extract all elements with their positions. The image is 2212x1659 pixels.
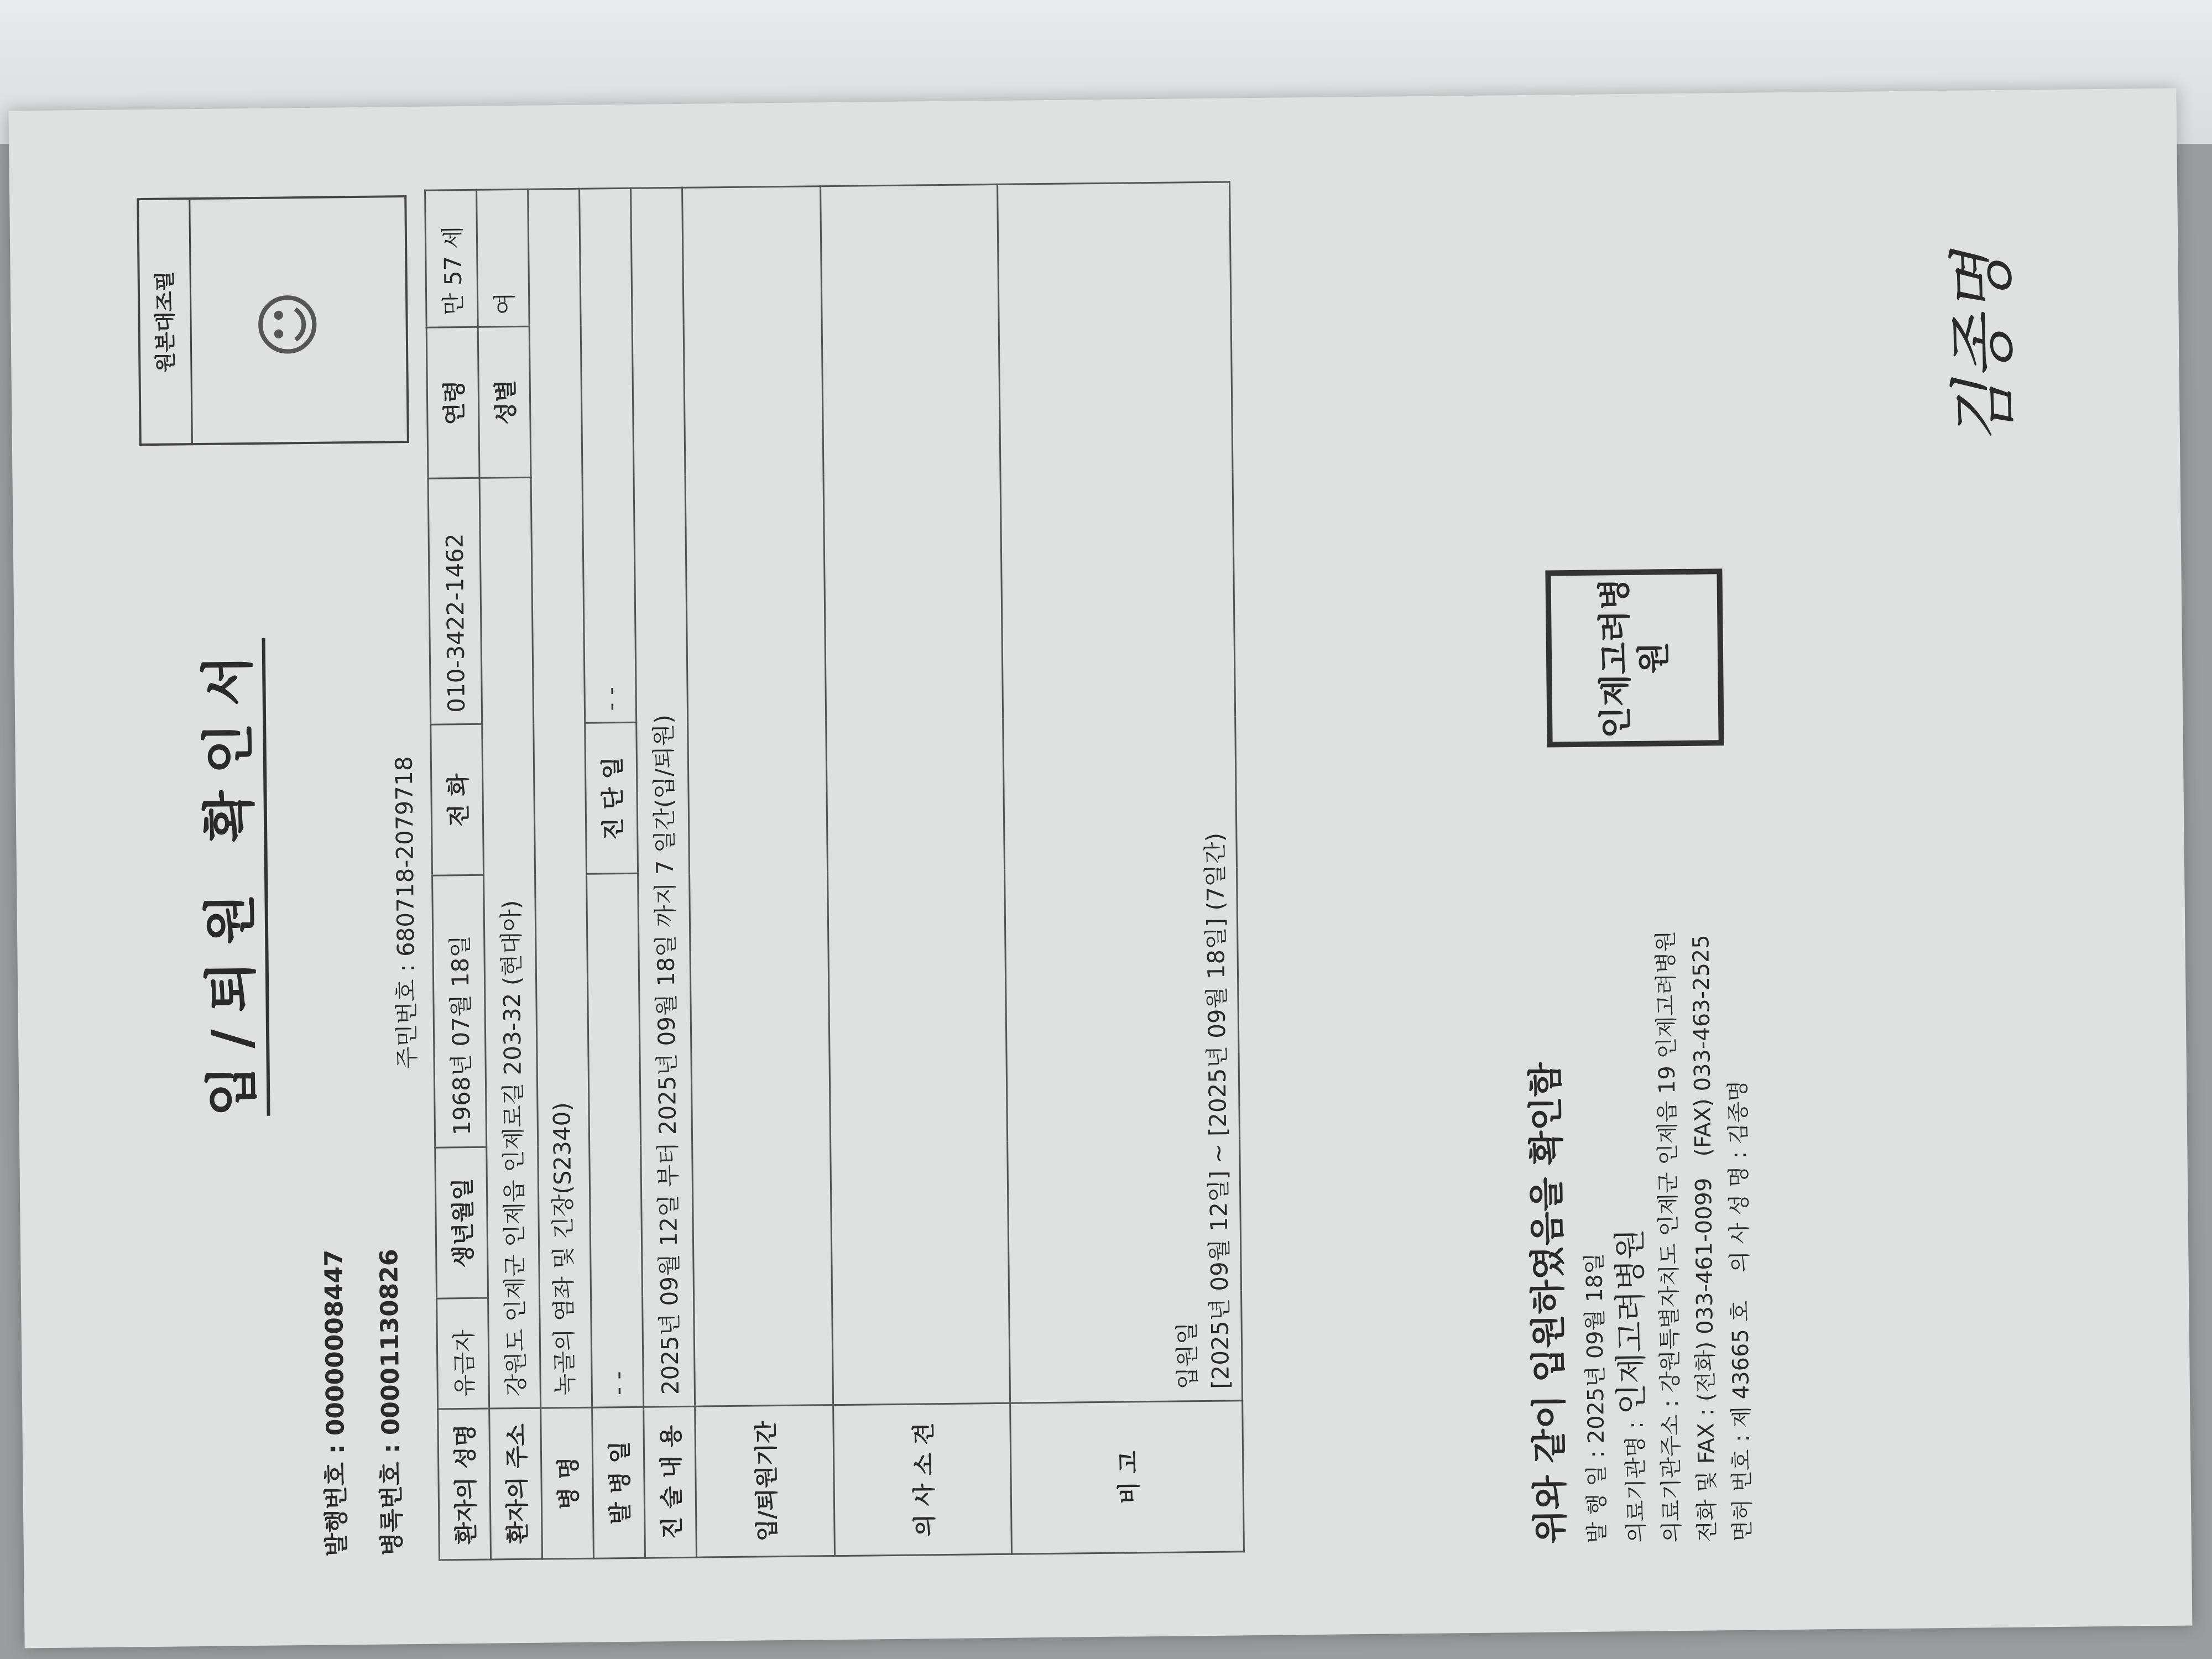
- diagnosis-label: 병 명: [541, 1407, 594, 1559]
- doctor-opinion: [821, 184, 1010, 1405]
- doctor-opinion-label: 의 사 소 견: [833, 1403, 1012, 1556]
- registration-number: 발행번호 : 00000008447: [314, 1249, 352, 1557]
- confirm-heading: 위와 같이 입원하였음을 확인함: [1520, 216, 1569, 1544]
- patient-record-number: 병록번호 : 00001130826: [369, 1249, 408, 1556]
- dob-label: 생년월일: [435, 1147, 488, 1298]
- diagnosis-date-label: 진 단 일: [585, 723, 638, 874]
- document-content: 입/퇴원 확인서 원본대조필 ☺ 발행번호 : 00000008447 병록번호…: [70, 111, 2131, 1626]
- patient-name: 유금자: [437, 1298, 489, 1409]
- admission-period-label: 입/퇴원기간: [695, 1405, 835, 1558]
- photo-box-label: 원본대조필: [139, 200, 193, 444]
- onset-date: - -: [587, 874, 644, 1407]
- hospital-seal: 인제고려병원: [1545, 568, 1724, 747]
- phone-label: 전 화: [431, 724, 484, 876]
- stamp-mark-icon: ☺: [251, 289, 328, 359]
- name-label: 환자의 성명: [438, 1408, 491, 1560]
- patient-sex: 여: [477, 189, 530, 327]
- patient-dob: 1968년 07월 18일: [432, 875, 487, 1148]
- diagnosis-date: - -: [580, 188, 637, 723]
- surgery-label: 진 술 내 용: [644, 1406, 697, 1558]
- patient-info-table: 환자의 성명 유금자 생년월일 1968년 07월 18일 전 화 010-34…: [424, 181, 1245, 1561]
- patient-age: 만 57 세: [425, 190, 478, 327]
- photo-verification-box: 원본대조필 ☺: [137, 195, 409, 446]
- remarks: 입원일 [2025년 09월 12일] ~ [2025년 09월 18일] (7…: [998, 182, 1243, 1403]
- patient-phone: 010-3422-1462: [428, 478, 482, 725]
- sex-label: 성별: [478, 326, 531, 478]
- address-label: 환자의 주소: [489, 1408, 542, 1559]
- onset-label: 발 병 일: [592, 1407, 645, 1558]
- doctor-signature: 김종명: [1929, 252, 2026, 445]
- admission-period: [682, 186, 833, 1406]
- document-paper: 입/퇴원 확인서 원본대조필 ☺ 발행번호 : 00000008447 병록번호…: [9, 88, 2193, 1648]
- age-label: 연령: [426, 327, 479, 478]
- resident-number: 주민번호 : 680718-2079718: [386, 756, 422, 1069]
- confirmation-section: 위와 같이 입원하였음을 확인함 발 행 일 : 2025년 09월 18일 의…: [1520, 215, 1761, 1544]
- patient-address: 강원도 인제군 인제읍 인제로길 203-32 (현대아): [479, 477, 541, 1408]
- remarks-label: 비 고: [1010, 1401, 1244, 1554]
